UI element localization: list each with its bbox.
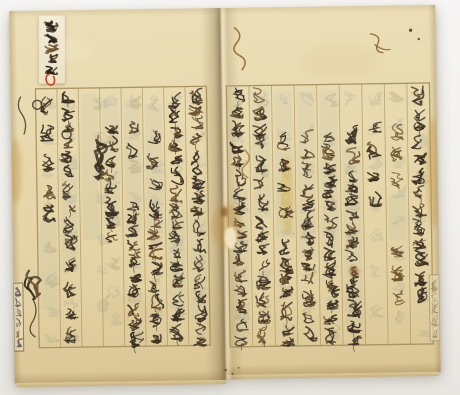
right-page <box>220 5 440 375</box>
photo-background <box>0 0 460 395</box>
manuscript-book <box>9 5 440 383</box>
label-slip <box>39 16 65 84</box>
